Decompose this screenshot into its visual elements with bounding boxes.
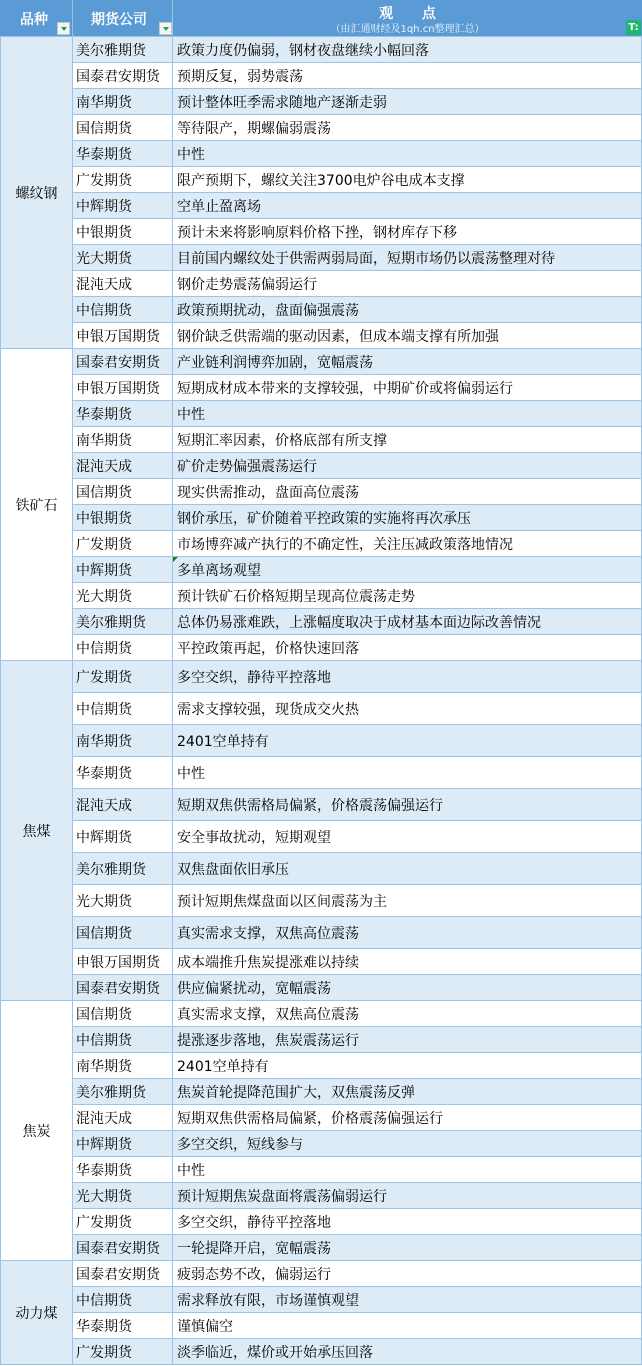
company-cell[interactable]: 混沌天成 [73,453,173,478]
view-text: 短期成材成本带来的支撑较强，中期矿价或将偏弱运行 [177,378,513,398]
view-text: 疲弱态势不改，偏弱运行 [177,1264,331,1284]
view-cell[interactable]: 限产预期下，螺纹关注3700电炉谷电成本支撑 [173,167,642,192]
view-cell[interactable]: 多空交织，静待平控落地 [173,1209,642,1234]
company-cell[interactable]: 中辉期货 [73,1131,173,1156]
view-cell[interactable]: 预期反复，弱势震荡 [173,63,642,88]
company-cell[interactable]: 申银万国期货 [73,323,173,348]
company-cell[interactable]: 国信期货 [73,1001,173,1026]
view-text: 焦炭首轮提降范围扩大，双焦震荡反弹 [177,1082,415,1102]
view-text: 政策力度仍偏弱，钢材夜盘继续小幅回落 [177,40,429,60]
table-row: 中辉期货多空交织，短线参与 [73,1131,642,1157]
table-row: 中银期货钢价承压，矿价随着平控政策的实施将再次承压 [73,505,642,531]
header-category-label: 品种 [20,9,48,29]
company-cell[interactable]: 光大期货 [73,1183,173,1208]
view-cell[interactable]: 需求释放有限，市场谨慎观望 [173,1287,642,1312]
category-cell[interactable]: 动力煤 [0,1261,73,1365]
view-cell[interactable]: 市场博弈减产执行的不确定性，关注压减政策落地情况 [173,531,642,556]
company-cell[interactable]: 广发期货 [73,661,173,692]
table-row: 混沌天成短期双焦供需格局偏紧，价格震荡偏强运行 [73,1105,642,1131]
table-row: 混沌天成矿价走势偏强震荡运行 [73,453,642,479]
category-group: 动力煤国泰君安期货疲弱态势不改，偏弱运行中信期货需求释放有限，市场谨慎观望华泰期… [0,1261,642,1365]
company-cell[interactable]: 中辉期货 [73,193,173,218]
view-cell[interactable]: 产业链利润博弈加剧，宽幅震荡 [173,349,642,374]
view-text: 中性 [177,763,205,783]
view-cell[interactable]: 平控政策再起，价格快速回落 [173,635,642,660]
table-row: 南华期货短期汇率因素，价格底部有所支撑 [73,427,642,453]
table-row: 光大期货目前国内螺纹处于供需两弱局面，短期市场仍以震荡整理对待 [73,245,642,271]
filter-dropdown-icon[interactable] [57,22,70,35]
view-text: 短期双焦供需格局偏紧，价格震荡偏强运行 [177,1108,443,1128]
company-cell[interactable]: 光大期货 [73,245,173,270]
company-cell[interactable]: 中信期货 [73,297,173,322]
table-row: 美尔雅期货总体仍易涨难跌，上涨幅度取决于成材基本面边际改善情况 [73,609,642,635]
view-cell[interactable]: 中性 [173,401,642,426]
company-cell[interactable]: 南华期货 [73,89,173,114]
table-row: 混沌天成短期双焦供需格局偏紧，价格震荡偏强运行 [73,789,642,821]
company-cell[interactable]: 国信期货 [73,479,173,504]
table-body: 螺纹钢美尔雅期货政策力度仍偏弱，钢材夜盘继续小幅回落国泰君安期货预期反复，弱势震… [0,37,642,1365]
view-cell[interactable]: 中性 [173,141,642,166]
table-row: 广发期货淡季临近，煤价或开始承压回落 [73,1339,642,1365]
table-row: 美尔雅期货双焦盘面依旧承压 [73,853,642,885]
view-cell[interactable]: 需求支撑较强，现货成交火热 [173,693,642,724]
view-text: 成本端推升焦炭提涨难以持续 [177,952,359,972]
company-cell[interactable]: 中辉期货 [73,821,173,852]
view-cell[interactable]: 2401空单持有 [173,725,642,756]
view-text: 一轮提降开启，宽幅震荡 [177,1238,331,1258]
view-cell[interactable]: 安全事故扰动，短期观望 [173,821,642,852]
view-cell[interactable]: 短期汇率因素，价格底部有所支撑 [173,427,642,452]
table-row: 国信期货真实需求支撑，双焦高位震荡 [73,1001,642,1027]
category-cell[interactable]: 螺纹钢 [0,37,73,349]
view-cell[interactable]: 中性 [173,757,642,788]
view-cell[interactable]: 多空交织，短线参与 [173,1131,642,1156]
view-text: 谨慎偏空 [177,1316,233,1336]
table-row: 光大期货预计短期焦炭盘面将震荡偏弱运行 [73,1183,642,1209]
view-text: 提涨逐步落地，焦炭震荡运行 [177,1030,359,1050]
company-cell[interactable]: 光大期货 [73,583,173,608]
futures-views-table: 品种 期货公司 观 点 （由汇通财经及1qh.cn整理汇总） T: 螺纹钢美尔雅… [0,0,642,1365]
company-cell[interactable]: 广发期货 [73,167,173,192]
header-view-sublabel: （由汇通财经及1qh.cn整理汇总） [173,20,642,35]
comment-indicator-icon[interactable] [173,557,178,562]
table-row: 国泰君安期货一轮提降开启，宽幅震荡 [73,1235,642,1261]
company-cell[interactable]: 华泰期货 [73,1313,173,1338]
view-cell[interactable]: 双焦盘面依旧承压 [173,853,642,884]
view-text: 中性 [177,144,205,164]
view-cell[interactable]: 中性 [173,1157,642,1182]
view-cell[interactable]: 钢价走势震荡偏弱运行 [173,271,642,296]
view-cell[interactable]: 钢价承压，矿价随着平控政策的实施将再次承压 [173,505,642,530]
table-row: 南华期货预计整体旺季需求随地产逐渐走弱 [73,89,642,115]
company-cell[interactable]: 华泰期货 [73,1157,173,1182]
company-cell[interactable]: 广发期货 [73,1209,173,1234]
view-text: 预计短期焦炭盘面将震荡偏弱运行 [177,1186,387,1206]
view-text: 中性 [177,404,205,424]
view-text: 预计铁矿石价格短期呈现高位震荡走势 [177,586,415,606]
view-text: 空单止盈离场 [177,196,261,216]
table-row: 中辉期货多单离场观望 [73,557,642,583]
view-text: 多空交织，静待平控落地 [177,1212,331,1232]
table-row: 华泰期货中性 [73,401,642,427]
table-header: 品种 期货公司 观 点 （由汇通财经及1qh.cn整理汇总） T: [0,0,642,37]
company-cell[interactable]: 美尔雅期货 [73,37,173,62]
company-cell[interactable]: 国信期货 [73,917,173,948]
view-text: 现实供需推动，盘面高位震荡 [177,482,359,502]
view-text: 短期汇率因素，价格底部有所支撑 [177,430,387,450]
view-text: 双焦盘面依旧承压 [177,859,289,879]
view-cell[interactable]: 真实需求支撑，双焦高位震荡 [173,917,642,948]
view-cell[interactable]: 提涨逐步落地，焦炭震荡运行 [173,1027,642,1052]
table-row: 美尔雅期货焦炭首轮提降范围扩大，双焦震荡反弹 [73,1079,642,1105]
company-cell[interactable]: 中信期货 [73,693,173,724]
view-text: 短期双焦供需格局偏紧，价格震荡偏强运行 [177,795,443,815]
table-row: 混沌天成钢价走势震荡偏弱运行 [73,271,642,297]
view-text: 预计短期焦煤盘面以区间震荡为主 [177,891,387,911]
view-text: 钢价缺乏供需端的驱动因素，但成本端支撑有所加强 [177,326,499,346]
view-text: 真实需求支撑，双焦高位震荡 [177,1004,359,1024]
table-row: 南华期货2401空单持有 [73,1053,642,1079]
view-cell[interactable]: 矿价走势偏强震荡运行 [173,453,642,478]
view-text: 预计整体旺季需求随地产逐渐走弱 [177,92,387,112]
table-row: 光大期货预计铁矿石价格短期呈现高位震荡走势 [73,583,642,609]
company-cell[interactable]: 南华期货 [73,1053,173,1078]
category-group: 铁矿石国泰君安期货产业链利润博弈加剧，宽幅震荡申银万国期货短期成材成本带来的支撑… [0,349,642,661]
view-cell[interactable]: 短期双焦供需格局偏紧，价格震荡偏强运行 [173,1105,642,1130]
table-row: 中辉期货安全事故扰动，短期观望 [73,821,642,853]
table-row: 华泰期货谨慎偏空 [73,1313,642,1339]
view-text: 政策预期扰动，盘面偏强震荡 [177,300,359,320]
view-cell[interactable]: 供应偏紧扰动，宽幅震荡 [173,975,642,1000]
view-text: 等待限产，期螺偏弱震荡 [177,118,331,138]
company-cell[interactable]: 美尔雅期货 [73,853,173,884]
view-text: 限产预期下，螺纹关注3700电炉谷电成本支撑 [177,170,465,190]
company-cell[interactable]: 广发期货 [73,531,173,556]
view-text: 预期反复，弱势震荡 [177,66,303,86]
table-row: 华泰期货中性 [73,141,642,167]
company-cell[interactable]: 中辉期货 [73,557,173,582]
view-cell[interactable]: 预计短期焦炭盘面将震荡偏弱运行 [173,1183,642,1208]
company-cell[interactable]: 光大期货 [73,885,173,916]
company-cell[interactable]: 国泰君安期货 [73,63,173,88]
company-cell[interactable]: 广发期货 [73,1339,173,1364]
view-text: 安全事故扰动，短期观望 [177,827,331,847]
table-row: 中信期货需求支撑较强，现货成交火热 [73,693,642,725]
table-row: 申银万国期货成本端推升焦炭提涨难以持续 [73,949,642,975]
table-row: 中信期货平控政策再起，价格快速回落 [73,635,642,661]
view-text: 多单离场观望 [177,560,261,580]
view-cell[interactable]: 目前国内螺纹处于供需两弱局面，短期市场仍以震荡整理对待 [173,245,642,270]
view-text: 需求支撑较强，现货成交火热 [177,699,359,719]
table-row: 华泰期货中性 [73,1157,642,1183]
view-text: 中性 [177,1160,205,1180]
company-cell[interactable]: 混沌天成 [73,271,173,296]
view-cell[interactable]: 成本端推升焦炭提涨难以持续 [173,949,642,974]
view-cell[interactable]: 政策预期扰动，盘面偏强震荡 [173,297,642,322]
view-text: 淡季临近，煤价或开始承压回落 [177,1342,373,1362]
header-company-label: 期货公司 [91,9,147,29]
category-group: 焦炭国信期货真实需求支撑，双焦高位震荡中信期货提涨逐步落地，焦炭震荡运行南华期货… [0,1001,642,1261]
view-cell[interactable]: 总体仍易涨难跌，上涨幅度取决于成材基本面边际改善情况 [173,609,642,634]
view-text: 钢价承压，矿价随着平控政策的实施将再次承压 [177,508,471,528]
company-cell[interactable]: 华泰期货 [73,141,173,166]
view-text: 需求释放有限，市场谨慎观望 [177,1290,359,1310]
view-text: 产业链利润博弈加剧，宽幅震荡 [177,352,373,372]
header-company: 期货公司 [73,0,173,36]
company-cell[interactable]: 美尔雅期货 [73,609,173,634]
table-row: 广发期货市场博弈减产执行的不确定性，关注压减政策落地情况 [73,531,642,557]
company-cell[interactable]: 混沌天成 [73,789,173,820]
table-row: 国信期货真实需求支撑，双焦高位震荡 [73,917,642,949]
company-cell[interactable]: 中信期货 [73,635,173,660]
company-cell[interactable]: 混沌天成 [73,1105,173,1130]
category-cell[interactable]: 焦煤 [0,661,73,1001]
company-cell[interactable]: 申银万国期货 [73,375,173,400]
view-cell[interactable]: 预计铁矿石价格短期呈现高位震荡走势 [173,583,642,608]
company-cell[interactable]: 申银万国期货 [73,949,173,974]
table-row: 广发期货多空交织，静待平控落地 [73,661,642,693]
view-cell[interactable]: 疲弱态势不改，偏弱运行 [173,1261,642,1286]
header-view: 观 点 （由汇通财经及1qh.cn整理汇总） T: [173,0,642,36]
category-cell[interactable]: 铁矿石 [0,349,73,661]
company-cell[interactable]: 美尔雅期货 [73,1079,173,1104]
table-row: 中银期货预计未来将影响原料价格下挫，钢材库存下移 [73,219,642,245]
company-cell[interactable]: 国信期货 [73,115,173,140]
view-cell[interactable]: 预计整体旺季需求随地产逐渐走弱 [173,89,642,114]
view-cell[interactable]: 现实供需推动，盘面高位震荡 [173,479,642,504]
table-row: 国泰君安期货预期反复，弱势震荡 [73,63,642,89]
view-cell[interactable]: 钢价缺乏供需端的驱动因素，但成本端支撑有所加强 [173,323,642,348]
company-cell[interactable]: 中银期货 [73,219,173,244]
table-row: 华泰期货中性 [73,757,642,789]
view-cell[interactable]: 一轮提降开启，宽幅震荡 [173,1235,642,1260]
view-text: 钢价走势震荡偏弱运行 [177,274,317,294]
view-text: 市场博弈减产执行的不确定性，关注压减政策落地情况 [177,534,513,554]
view-text: 多空交织，短线参与 [177,1134,303,1154]
company-cell[interactable]: 国泰君安期货 [73,1261,173,1286]
view-cell[interactable]: 政策力度仍偏弱，钢材夜盘继续小幅回落 [173,37,642,62]
filter-active-icon[interactable]: T: [626,20,641,35]
table-row: 国泰君安期货产业链利润博弈加剧，宽幅震荡 [73,349,642,375]
company-cell[interactable]: 国泰君安期货 [73,1235,173,1260]
view-text: 平控政策再起，价格快速回落 [177,638,359,658]
view-cell[interactable]: 真实需求支撑，双焦高位震荡 [173,1001,642,1026]
table-row: 广发期货限产预期下，螺纹关注3700电炉谷电成本支撑 [73,167,642,193]
category-group: 焦煤广发期货多空交织，静待平控落地中信期货需求支撑较强，现货成交火热南华期货24… [0,661,642,1001]
company-cell[interactable]: 华泰期货 [73,401,173,426]
company-cell[interactable]: 中信期货 [73,1287,173,1312]
table-row: 广发期货多空交织，静待平控落地 [73,1209,642,1235]
view-cell[interactable]: 焦炭首轮提降范围扩大，双焦震荡反弹 [173,1079,642,1104]
view-text: 目前国内螺纹处于供需两弱局面，短期市场仍以震荡整理对待 [177,248,555,268]
table-row: 美尔雅期货政策力度仍偏弱，钢材夜盘继续小幅回落 [73,37,642,63]
company-cell[interactable]: 中银期货 [73,505,173,530]
table-row: 国泰君安期货供应偏紧扰动，宽幅震荡 [73,975,642,1001]
view-text: 真实需求支撑，双焦高位震荡 [177,923,359,943]
table-row: 南华期货2401空单持有 [73,725,642,757]
view-cell[interactable]: 空单止盈离场 [173,193,642,218]
view-cell[interactable]: 多单离场观望 [173,557,642,582]
table-row: 国泰君安期货疲弱态势不改，偏弱运行 [73,1261,642,1287]
view-cell[interactable]: 等待限产，期螺偏弱震荡 [173,115,642,140]
table-row: 国信期货等待限产，期螺偏弱震荡 [73,115,642,141]
header-category: 品种 [0,0,73,36]
view-text: 供应偏紧扰动，宽幅震荡 [177,978,331,998]
table-row: 光大期货预计短期焦煤盘面以区间震荡为主 [73,885,642,917]
view-text: 2401空单持有 [177,731,269,751]
company-cell[interactable]: 国泰君安期货 [73,975,173,1000]
table-row: 申银万国期货钢价缺乏供需端的驱动因素，但成本端支撑有所加强 [73,323,642,349]
company-cell[interactable]: 中信期货 [73,1027,173,1052]
filter-dropdown-icon[interactable] [159,22,172,35]
category-group: 螺纹钢美尔雅期货政策力度仍偏弱，钢材夜盘继续小幅回落国泰君安期货预期反复，弱势震… [0,37,642,349]
view-cell[interactable]: 短期双焦供需格局偏紧，价格震荡偏强运行 [173,789,642,820]
view-cell[interactable]: 预计短期焦煤盘面以区间震荡为主 [173,885,642,916]
view-text: 矿价走势偏强震荡运行 [177,456,317,476]
table-row: 申银万国期货短期成材成本带来的支撑较强，中期矿价或将偏弱运行 [73,375,642,401]
view-text: 多空交织，静待平控落地 [177,667,331,687]
view-cell[interactable]: 预计未来将影响原料价格下挫，钢材库存下移 [173,219,642,244]
company-cell[interactable]: 国泰君安期货 [73,349,173,374]
table-row: 中信期货政策预期扰动，盘面偏强震荡 [73,297,642,323]
table-row: 国信期货现实供需推动，盘面高位震荡 [73,479,642,505]
company-cell[interactable]: 南华期货 [73,725,173,756]
view-cell[interactable]: 谨慎偏空 [173,1313,642,1338]
view-cell[interactable]: 多空交织，静待平控落地 [173,661,642,692]
view-text: 2401空单持有 [177,1056,269,1076]
view-cell[interactable]: 短期成材成本带来的支撑较强，中期矿价或将偏弱运行 [173,375,642,400]
table-row: 中信期货需求释放有限，市场谨慎观望 [73,1287,642,1313]
category-cell[interactable]: 焦炭 [0,1001,73,1261]
view-text: 预计未来将影响原料价格下挫，钢材库存下移 [177,222,457,242]
table-row: 中辉期货空单止盈离场 [73,193,642,219]
view-text: 总体仍易涨难跌，上涨幅度取决于成材基本面边际改善情况 [177,612,541,632]
view-cell[interactable]: 淡季临近，煤价或开始承压回落 [173,1339,642,1364]
table-row: 中信期货提涨逐步落地，焦炭震荡运行 [73,1027,642,1053]
view-cell[interactable]: 2401空单持有 [173,1053,642,1078]
company-cell[interactable]: 南华期货 [73,427,173,452]
company-cell[interactable]: 华泰期货 [73,757,173,788]
